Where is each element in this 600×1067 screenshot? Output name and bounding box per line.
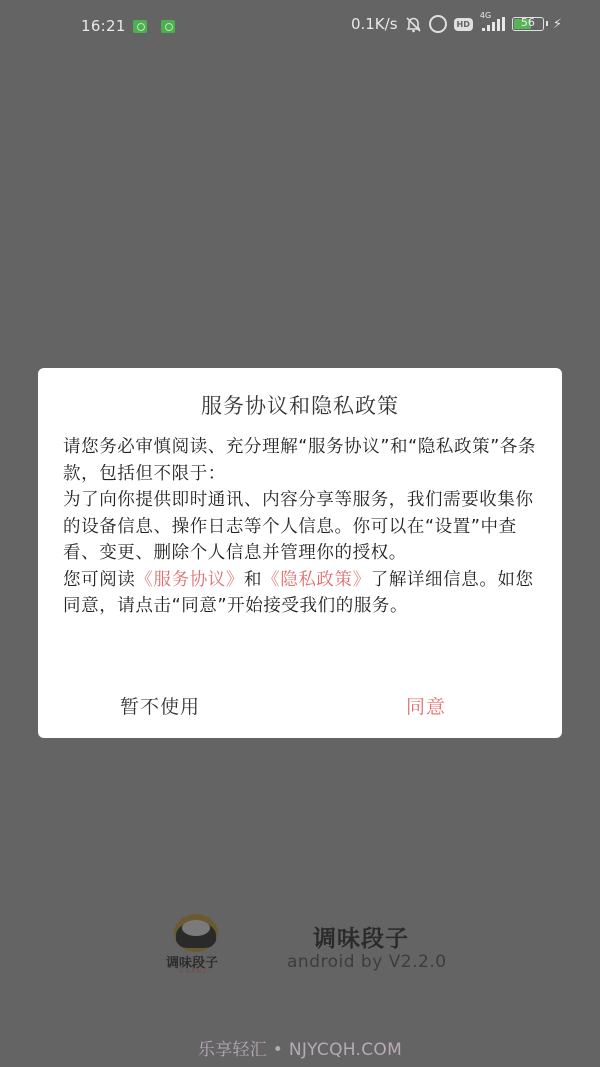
agree-button[interactable]: 同意 (406, 692, 446, 719)
dialog-paragraph-intro: 请您务必审慎阅读、充分理解“服务协议”和“隐私政策”各条款，包括但不限于： (63, 434, 543, 487)
links-conjunction: 和 (244, 570, 262, 590)
bell-muted-icon (405, 16, 422, 33)
dialog-body: 请您务必审慎阅读、充分理解“服务协议”和“隐私政策”各条款，包括但不限于： 为了… (63, 434, 543, 620)
app-notification-icon (133, 20, 147, 33)
watermark: 乐享轻汇 • NJYCQH.COM (0, 1035, 600, 1060)
signal-4g-icon: 4G (480, 17, 505, 31)
status-indicators: 0.1K/s HD 4G 56 ⚡ (351, 15, 562, 33)
logo-subtext: DUANZI (179, 968, 211, 975)
app-version: android by V2.2.0 (287, 952, 447, 972)
panda-logo-icon (174, 914, 218, 952)
service-agreement-link[interactable]: 《服务协议》 (135, 570, 244, 590)
status-time: 16:21 (81, 17, 126, 35)
hd-icon: HD (454, 18, 473, 31)
dialog-title: 服务协议和隐私政策 (38, 390, 562, 420)
app-name: 调味段子 (313, 920, 409, 953)
privacy-dialog: 服务协议和隐私政策 请您务必审慎阅读、充分理解“服务协议”和“隐私政策”各条款，… (38, 368, 562, 738)
status-bar: 16:21 0.1K/s HD 4G 56 ⚡ (0, 0, 600, 55)
dialog-actions: 暂不使用 同意 (38, 692, 562, 722)
links-prefix: 您可阅读 (63, 570, 135, 590)
app-logo: 调味段子 DUANZI (163, 912, 237, 974)
dialog-paragraph-data-collection: 为了向你提供即时通讯、内容分享等服务，我们需要收集你的设备信息、操作日志等个人信… (63, 487, 543, 567)
app-info: 调味段子 DUANZI 调味段子 android by V2.2.0 (163, 912, 483, 982)
alarm-icon (429, 15, 447, 33)
charging-icon: ⚡ (553, 17, 562, 32)
dialog-paragraph-links: 您可阅读《服务协议》和《隐私政策》了解详细信息。如您同意，请点击“同意”开始接受… (63, 567, 543, 620)
app-notification-icon (161, 20, 175, 33)
battery-icon: 56 (512, 17, 544, 31)
network-speed: 0.1K/s (351, 15, 398, 33)
decline-button[interactable]: 暂不使用 (120, 692, 200, 719)
privacy-policy-link[interactable]: 《隐私政策》 (262, 570, 371, 590)
